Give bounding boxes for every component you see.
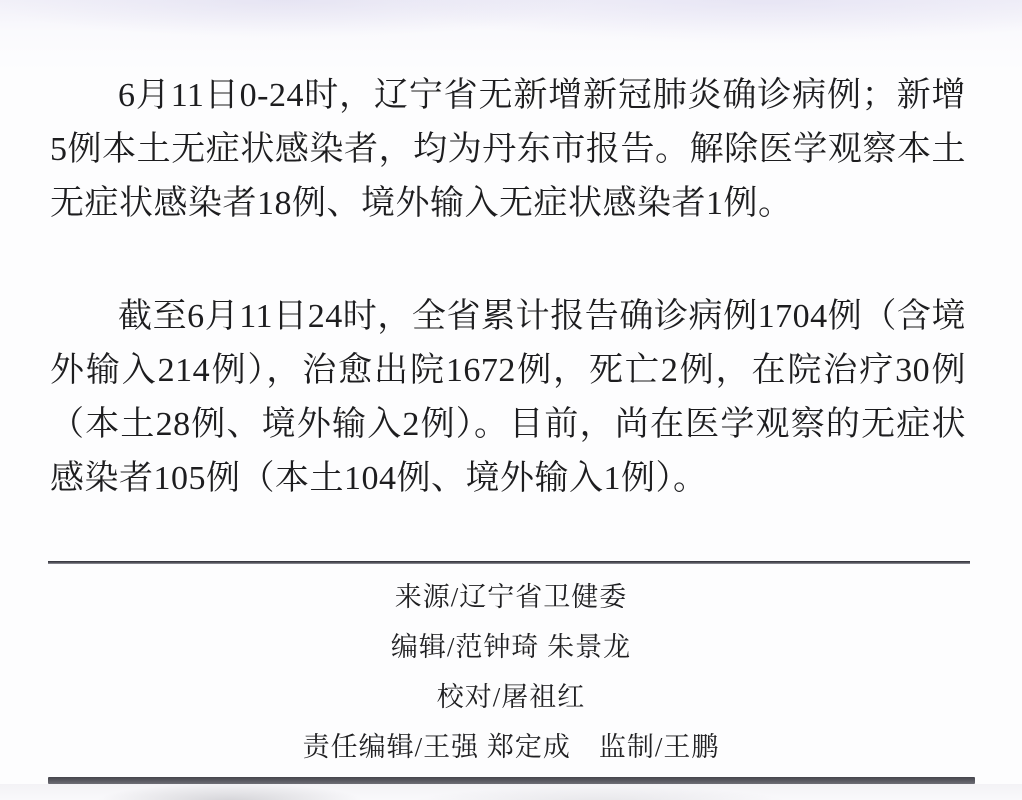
credit-proofreader: 校对/屠祖红 bbox=[0, 672, 1022, 722]
credits-footer: 来源/辽宁省卫健委 编辑/范钟琦 朱景龙 校对/屠祖红 责任编辑/王强 郑定成 … bbox=[0, 572, 1022, 772]
credit-editors: 编辑/范钟琦 朱景龙 bbox=[0, 622, 1022, 672]
news-article-page: 6月11日0-24时，辽宁省无新增新冠肺炎确诊病例；新增5例本土无症状感染者，均… bbox=[0, 0, 1022, 800]
paragraph-cumulative-statistics: 截至6月11日24时，全省累计报告确诊病例1704例（含境外输入214例），治愈… bbox=[50, 290, 966, 506]
article-body: 6月11日0-24时，辽宁省无新增新冠肺炎确诊病例；新增5例本土无症状感染者，均… bbox=[50, 69, 966, 565]
credit-duty-editor-and-supervisor: 责任编辑/王强 郑定成 监制/王鹏 bbox=[0, 722, 1022, 772]
bottom-divider-bar bbox=[48, 777, 975, 784]
credit-source: 来源/辽宁省卫健委 bbox=[0, 572, 1022, 622]
credits-divider-line bbox=[48, 561, 970, 564]
bottom-smudge-decoration bbox=[0, 784, 1022, 800]
top-gradient-decoration bbox=[0, 0, 1022, 72]
paragraph-daily-case-update: 6月11日0-24时，辽宁省无新增新冠肺炎确诊病例；新增5例本土无症状感染者，均… bbox=[50, 69, 966, 231]
